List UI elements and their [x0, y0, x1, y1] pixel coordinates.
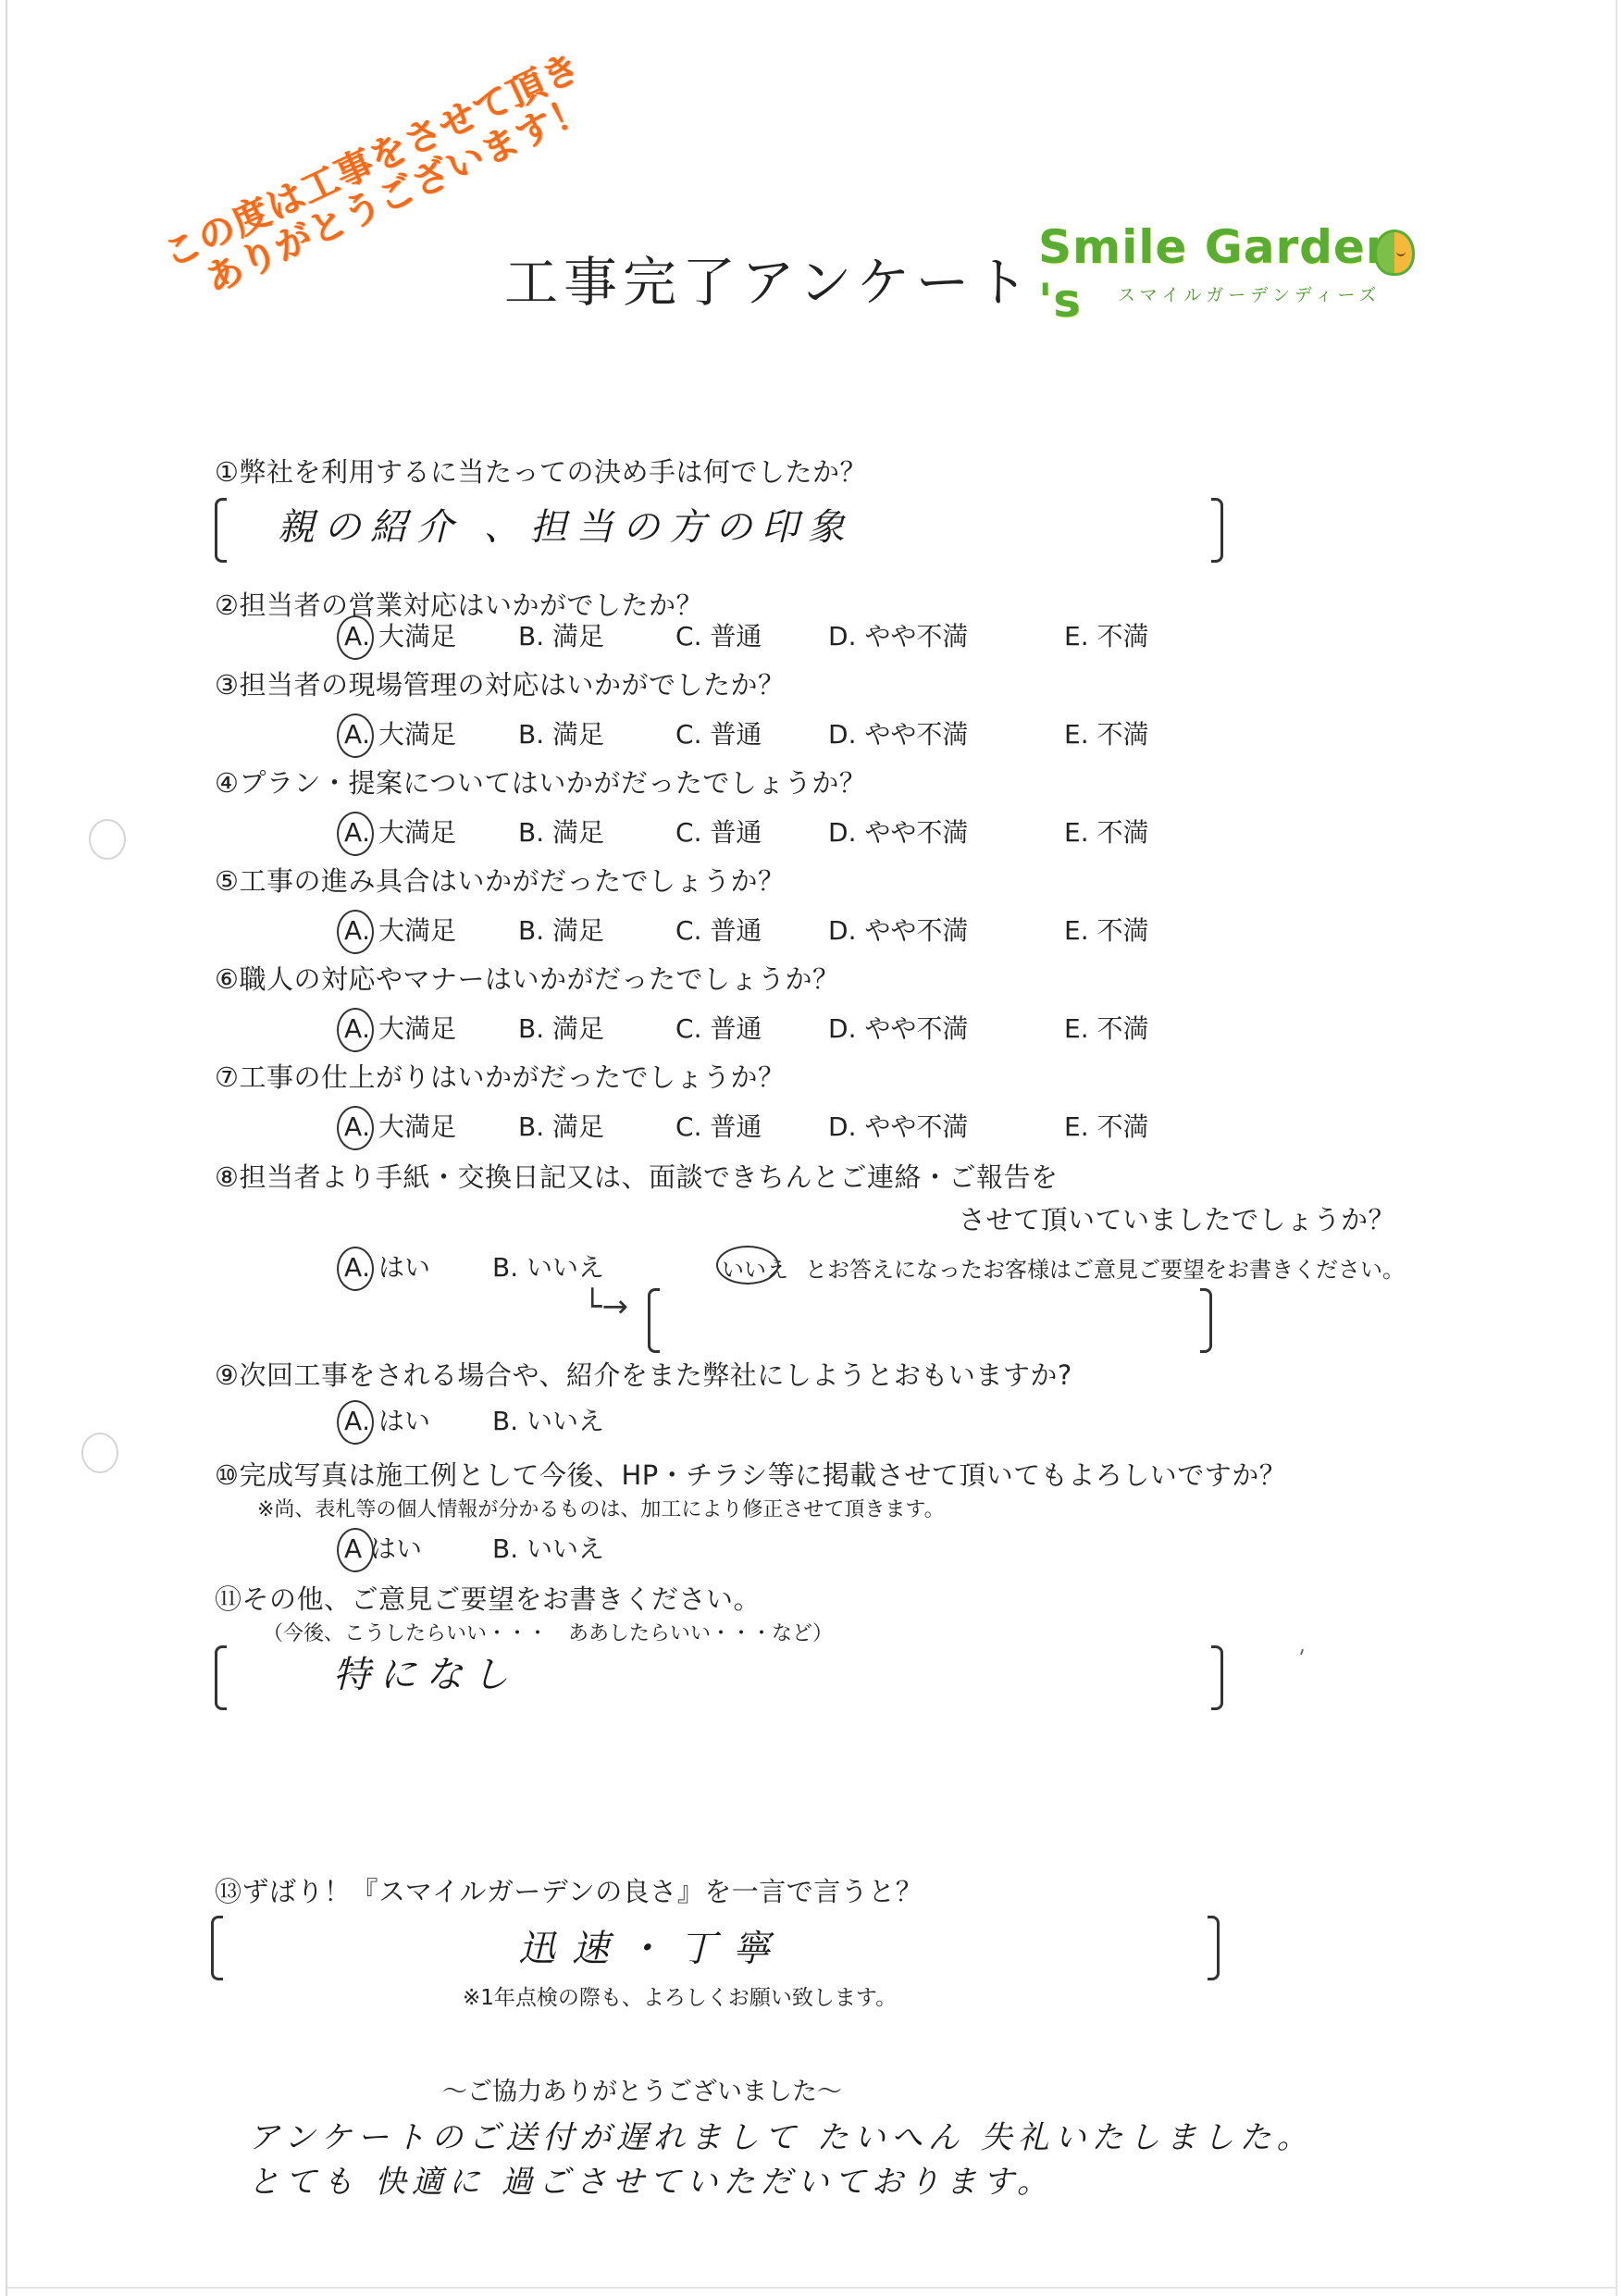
answer-q11: 特になし: [333, 1645, 518, 1698]
annual-inspection-reminder: ※1年点検の際も、よろしくお願い致します。: [463, 1980, 897, 2011]
option-b[interactable]: B. 満足: [518, 1107, 604, 1144]
bracket-right: [1211, 498, 1223, 563]
bracket-right: [1211, 1645, 1223, 1710]
handwritten-comment-line-1: アンケートのご送付が遅れまして たいへん 失礼いたしました。: [248, 2112, 1314, 2157]
answer-q13: 迅速・丁寧: [518, 1919, 787, 1972]
leaf-smiley-icon: [1374, 230, 1415, 276]
options-q9: A. はい B. いいえ: [333, 1401, 1258, 1438]
question-10: ⑩完成写真は施工例として今後、HP・チラシ等に掲載させて頂いてもよろしいですか？: [215, 1455, 1286, 1493]
page-edge-bottom: [7, 2287, 1616, 2289]
option-b[interactable]: B. 満足: [518, 911, 604, 948]
options-q7: A. 大満足 B. 満足 C. 普通 D. やや不満 E. 不満: [333, 1107, 1258, 1144]
option-b[interactable]: B. 満足: [518, 714, 604, 751]
options-q4: A. 大満足 B. 満足 C. 普通 D. やや不満 E. 不満: [333, 813, 1258, 850]
option-b[interactable]: B. 満足: [518, 616, 604, 653]
option-c[interactable]: C. 普通: [675, 1009, 762, 1046]
option-a-yes[interactable]: A. はい: [344, 1247, 430, 1285]
question-8-line-1: ⑧担当者より手紙・交換日記又は、面談できちんとご連絡・ご報告を: [215, 1157, 1059, 1195]
option-a-yes[interactable]: A. はい: [344, 1401, 430, 1438]
question-10-note: ※尚、表札等の個人情報が分かるものは、加工により修正させて頂きます。: [257, 1494, 945, 1522]
question-7: ⑦工事の仕上がりはいかがだったでしょうか？: [215, 1057, 786, 1095]
option-a[interactable]: A. 大満足: [344, 1107, 456, 1144]
option-b-no[interactable]: B. いいえ: [492, 1401, 604, 1438]
option-d[interactable]: D. やや不満: [828, 1009, 968, 1046]
question-6: ⑥職人の対応やマナーはいかがだったでしょうか？: [215, 959, 840, 997]
stray-mark: [1300, 1649, 1304, 1655]
option-e[interactable]: E. 不満: [1064, 714, 1149, 751]
option-e[interactable]: E. 不満: [1064, 1009, 1149, 1046]
circled-iie: いいえ: [722, 1251, 788, 1284]
option-b-no[interactable]: B. いいえ: [492, 1247, 604, 1285]
option-c[interactable]: C. 普通: [675, 813, 762, 850]
option-e[interactable]: E. 不満: [1064, 911, 1149, 948]
option-b-no[interactable]: B. いいえ: [492, 1529, 604, 1566]
option-c[interactable]: C. 普通: [675, 911, 762, 948]
option-a[interactable]: A. 大満足: [344, 813, 456, 850]
bracket-left: [215, 498, 227, 563]
option-d[interactable]: D. やや不満: [828, 813, 968, 850]
option-c[interactable]: C. 普通: [675, 1107, 762, 1144]
option-b[interactable]: B. 満足: [518, 813, 604, 850]
bracket-right: [1208, 1916, 1220, 1980]
question-11-hint: （今後、こうしたらいい・・・ ああしたらいい・・・など）: [263, 1618, 833, 1646]
question-5: ⑤工事の進み具合はいかがだったでしょうか？: [215, 861, 786, 899]
question-8-line-2: させて頂いていましたでしょうか？: [959, 1199, 1395, 1237]
question-11: ⑪その他、ご意見ご要望をお書きください。: [215, 1579, 761, 1617]
option-a[interactable]: A. 大満足: [344, 714, 456, 751]
question-4: ④プラン・提案についてはいかがだったでしょうか？: [215, 763, 866, 800]
bracket-left: [215, 1645, 227, 1710]
punch-hole-top: [89, 819, 126, 860]
answer-q1: 親の紹介 、担当の方の印象: [278, 498, 854, 551]
bracket-left: [648, 1288, 660, 1353]
option-b[interactable]: B. 満足: [518, 1009, 604, 1046]
page-edge-right: [1616, 0, 1617, 2296]
option-a-yes[interactable]: A はい: [344, 1529, 422, 1566]
arrow-down-right-icon: └→: [583, 1288, 628, 1325]
followup-instruction: いいえとお答えになったお客様はご意見ご要望をお書きください。: [722, 1251, 1405, 1284]
bracket-right: [1200, 1288, 1212, 1353]
option-d[interactable]: D. やや不満: [828, 1107, 968, 1144]
logo-katakana: スマイルガーデンディーズ: [1118, 281, 1381, 306]
answer-box-q8-followup[interactable]: [648, 1288, 1212, 1347]
option-a[interactable]: A. 大満足: [344, 911, 456, 948]
options-q5: A. 大満足 B. 満足 C. 普通 D. やや不満 E. 不満: [333, 911, 1258, 948]
question-3: ③担当者の現場管理の対応はいかがでしたか？: [215, 664, 786, 702]
company-logo: Smile Garden's スマイルガーデンディーズ: [1027, 220, 1453, 313]
option-d[interactable]: D. やや不満: [828, 911, 968, 948]
option-c[interactable]: C. 普通: [675, 616, 762, 653]
option-e[interactable]: E. 不満: [1064, 813, 1149, 850]
punch-hole-bottom: [81, 1433, 118, 1473]
bracket-left: [211, 1916, 223, 1980]
options-q10: A はい B. いいえ: [333, 1529, 1258, 1566]
option-c[interactable]: C. 普通: [675, 714, 762, 751]
thanks-message: ～ご協力ありがとうございました～: [442, 2071, 842, 2107]
options-q3: A. 大満足 B. 満足 C. 普通 D. やや不満 E. 不満: [333, 714, 1258, 751]
page-edge-left: [6, 0, 7, 2296]
option-e[interactable]: E. 不満: [1064, 616, 1149, 653]
question-1: ①弊社を利用するに当たっての決め手は何でしたか？: [215, 452, 867, 490]
option-e[interactable]: E. 不満: [1064, 1107, 1149, 1144]
question-13: ⑬ずばり！『スマイルガーデンの良さ』を一言で言うと？: [215, 1871, 923, 1909]
handwritten-comment-line-2: とても 快適に 過ごさせていただいております。: [248, 2156, 1054, 2202]
option-a[interactable]: A. 大満足: [344, 616, 456, 653]
option-d[interactable]: D. やや不満: [828, 714, 968, 751]
option-a[interactable]: A. 大満足: [344, 1009, 456, 1046]
options-q2: A. 大満足 B. 満足 C. 普通 D. やや不満 E. 不満: [333, 616, 1258, 653]
page-title: 工事完了アンケート: [504, 239, 1035, 316]
option-d[interactable]: D. やや不満: [828, 616, 968, 653]
options-q6: A. 大満足 B. 満足 C. 普通 D. やや不満 E. 不満: [333, 1009, 1258, 1046]
options-q8: A. はい B. いいえ いいえとお答えになったお客様はご意見ご要望をお書きくだ…: [333, 1247, 1258, 1285]
question-9: ⑨次回工事をされる場合や、紹介をまた弊社にしようとおもいますか?: [215, 1355, 1072, 1393]
